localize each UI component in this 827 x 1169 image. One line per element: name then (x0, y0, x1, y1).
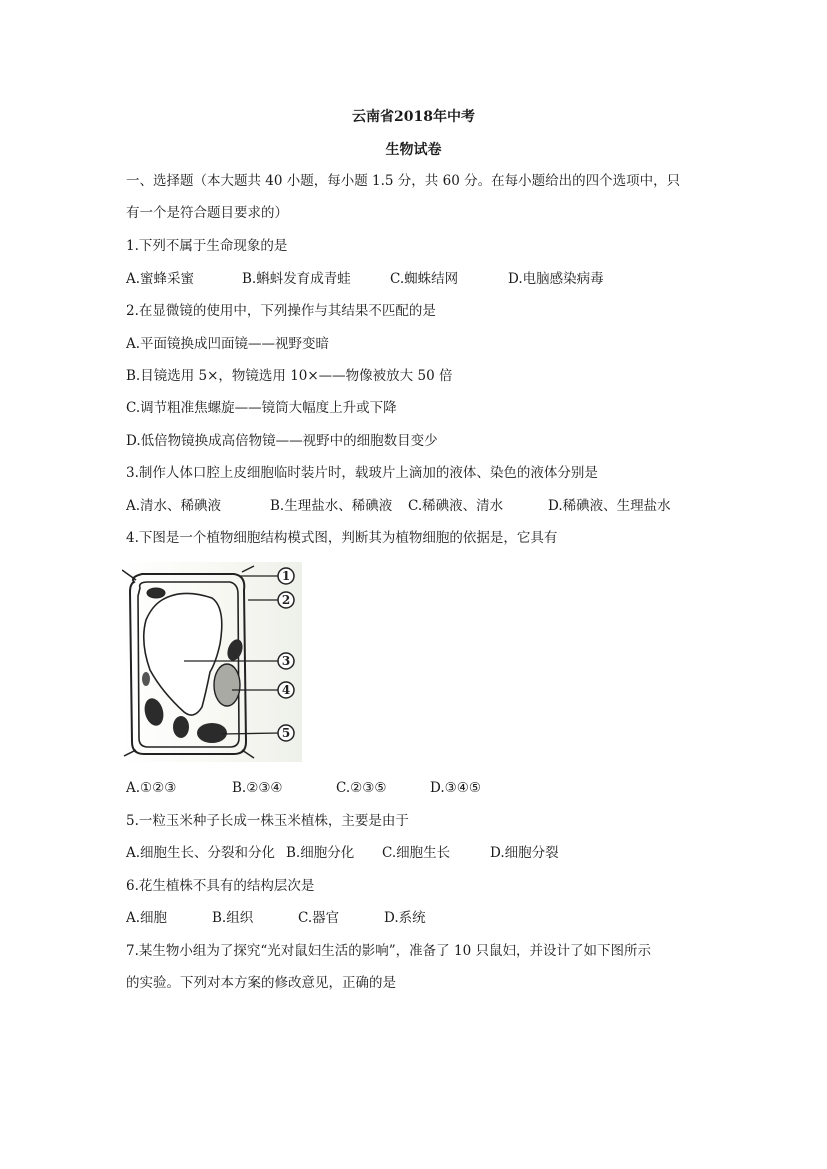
option-b: B.组织 (212, 908, 298, 928)
question-1-stem: 1.下列不属于生命现象的是 (126, 236, 287, 256)
option-a: A.细胞生长、分裂和分化 (126, 843, 286, 863)
question-2-stem: 2.在显微镜的使用中，下列操作与其结果不匹配的是 (126, 301, 436, 321)
option-b: B.生理盐水、稀碘液 (270, 496, 408, 516)
question-5-options: A.细胞生长、分裂和分化B.细胞分化C.细胞生长D.细胞分裂 (126, 843, 559, 863)
option-d: D.电脑感染病毒 (508, 269, 604, 289)
question-7-stem-line1: 7.某生物小组为了探究“光对鼠妇生活的影响”，准备了 10 只鼠妇，并设计了如下… (126, 941, 651, 961)
plant-cell-illustration: 1 2 3 4 5 (122, 562, 302, 762)
option-b: B.②③④ (232, 778, 336, 798)
exam-title: 云南省2018年中考 (0, 107, 827, 127)
question-3-stem: 3.制作人体口腔上皮细胞临时装片时，载玻片上滴加的液体、染色的液体分别是 (126, 463, 598, 483)
section-heading-line2: 有一个是符合题目要求的） (126, 203, 288, 223)
svg-text:4: 4 (282, 683, 290, 697)
question-4-options: A.①②③B.②③④C.②③⑤D.③④⑤ (126, 778, 481, 798)
question-7-stem-line2: 的实验。下列对本方案的修改意见，正确的是 (126, 973, 396, 993)
svg-text:2: 2 (282, 593, 290, 607)
option-b: B.细胞分化 (286, 843, 382, 863)
question-1-options: A.蜜蜂采蜜B.蝌蚪发育成青蛙C.蜘蛛结网D.电脑感染病毒 (126, 269, 604, 289)
svg-text:5: 5 (282, 726, 290, 740)
question-5-stem: 5.一粒玉米种子长成一株玉米植株，主要是由于 (126, 811, 409, 831)
option-c: C.蜘蛛结网 (390, 269, 508, 289)
option-d: D.细胞分裂 (490, 843, 559, 863)
question-2-option-a: A.平面镜换成凹面镜——视野变暗 (126, 334, 329, 354)
option-d: D.稀碘液、生理盐水 (548, 496, 671, 516)
svg-text:1: 1 (282, 569, 290, 583)
option-d: D.系统 (384, 908, 426, 928)
option-c: C.细胞生长 (382, 843, 490, 863)
svg-text:3: 3 (282, 654, 290, 668)
question-2-option-c: C.调节粗准焦螺旋——镜筒大幅度上升或下降 (126, 398, 397, 418)
option-c: C.②③⑤ (336, 778, 430, 798)
option-a: A.①②③ (126, 778, 232, 798)
question-6-stem: 6.花生植株不具有的结构层次是 (126, 876, 314, 896)
question-6-options: A.细胞B.组织C.器官D.系统 (126, 908, 426, 928)
option-a: A.细胞 (126, 908, 212, 928)
option-b: B.蝌蚪发育成青蛙 (242, 269, 390, 289)
option-a: A.蜜蜂采蜜 (126, 269, 242, 289)
option-a: A.清水、稀碘液 (126, 496, 270, 516)
option-d: D.③④⑤ (430, 778, 481, 798)
question-4-stem: 4.下图是一个植物细胞结构模式图，判断其为植物细胞的依据是，它具有 (126, 528, 557, 548)
option-c: C.稀碘液、清水 (408, 496, 548, 516)
question-3-options: A.清水、稀碘液B.生理盐水、稀碘液C.稀碘液、清水D.稀碘液、生理盐水 (126, 496, 671, 516)
exam-subtitle: 生物试卷 (0, 140, 827, 160)
plant-cell-diagram: 1 2 3 4 5 (122, 562, 302, 762)
option-c: C.器官 (298, 908, 384, 928)
section-heading-line1: 一、选择题（本大题共 40 小题，每小题 1.5 分，共 60 分。在每小题给出… (126, 171, 680, 191)
question-2-option-d: D.低倍物镜换成高倍物镜——视野中的细胞数目变少 (126, 431, 438, 451)
question-2-option-b: B.目镜选用 5×，物镜选用 10×——物像被放大 50 倍 (126, 366, 452, 386)
